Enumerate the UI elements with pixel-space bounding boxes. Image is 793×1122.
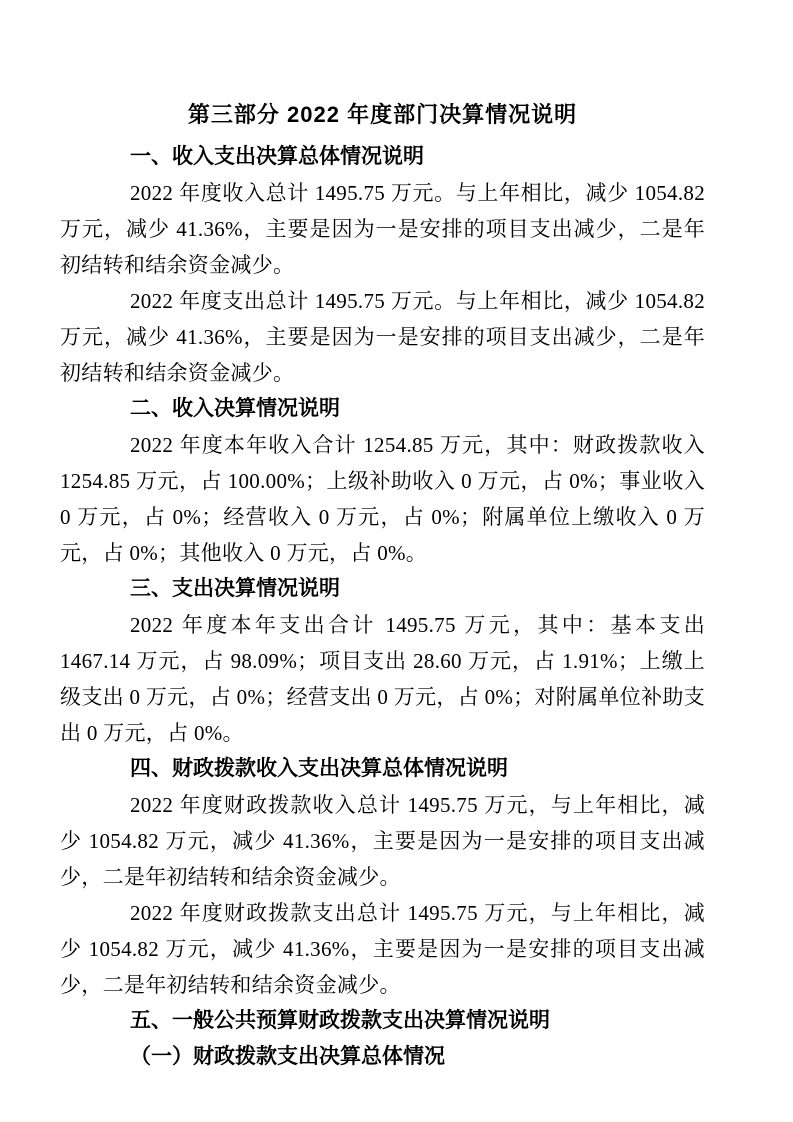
body-paragraph: 2022 年度收入总计 1495.75 万元。与上年相比，减少 1054.82 … xyxy=(60,175,705,283)
section-fiscal-appropriation-overview: 四、财政拨款收入支出决算总体情况说明 2022 年度财政拨款收入总计 1495.… xyxy=(60,751,705,1003)
section-heading: 五、一般公共预算财政拨款支出决算情况说明 xyxy=(60,1003,705,1039)
section-heading: 一、收入支出决算总体情况说明 xyxy=(60,139,705,175)
sub-heading: （一）财政拨款支出决算总体情况 xyxy=(60,1039,705,1075)
section-expenditure-accounts: 三、支出决算情况说明 2022 年度本年支出合计 1495.75 万元，其中：基… xyxy=(60,571,705,751)
body-paragraph: 2022 年度财政拨款支出总计 1495.75 万元，与上年相比，减少 1054… xyxy=(60,895,705,1003)
body-paragraph: 2022 年度本年支出合计 1495.75 万元，其中：基本支出 1467.14… xyxy=(60,607,705,751)
section-income-expenditure-overview: 一、收入支出决算总体情况说明 2022 年度收入总计 1495.75 万元。与上… xyxy=(60,139,705,391)
document-page: 第三部分 2022 年度部门决算情况说明 一、收入支出决算总体情况说明 2022… xyxy=(0,0,793,1122)
body-paragraph: 2022 年度支出总计 1495.75 万元。与上年相比，减少 1054.82 … xyxy=(60,283,705,391)
section-public-budget-expenditure: 五、一般公共预算财政拨款支出决算情况说明 （一）财政拨款支出决算总体情况 xyxy=(60,1003,705,1075)
body-paragraph: 2022 年度本年收入合计 1254.85 万元，其中：财政拨款收入 1254.… xyxy=(60,427,705,571)
document-content: 第三部分 2022 年度部门决算情况说明 一、收入支出决算总体情况说明 2022… xyxy=(60,97,705,1075)
document-title: 第三部分 2022 年度部门决算情况说明 xyxy=(60,97,705,133)
section-heading: 四、财政拨款收入支出决算总体情况说明 xyxy=(60,751,705,787)
body-paragraph: 2022 年度财政拨款收入总计 1495.75 万元，与上年相比，减少 1054… xyxy=(60,787,705,895)
section-income-accounts: 二、收入决算情况说明 2022 年度本年收入合计 1254.85 万元，其中：财… xyxy=(60,391,705,571)
section-heading: 三、支出决算情况说明 xyxy=(60,571,705,607)
section-heading: 二、收入决算情况说明 xyxy=(60,391,705,427)
